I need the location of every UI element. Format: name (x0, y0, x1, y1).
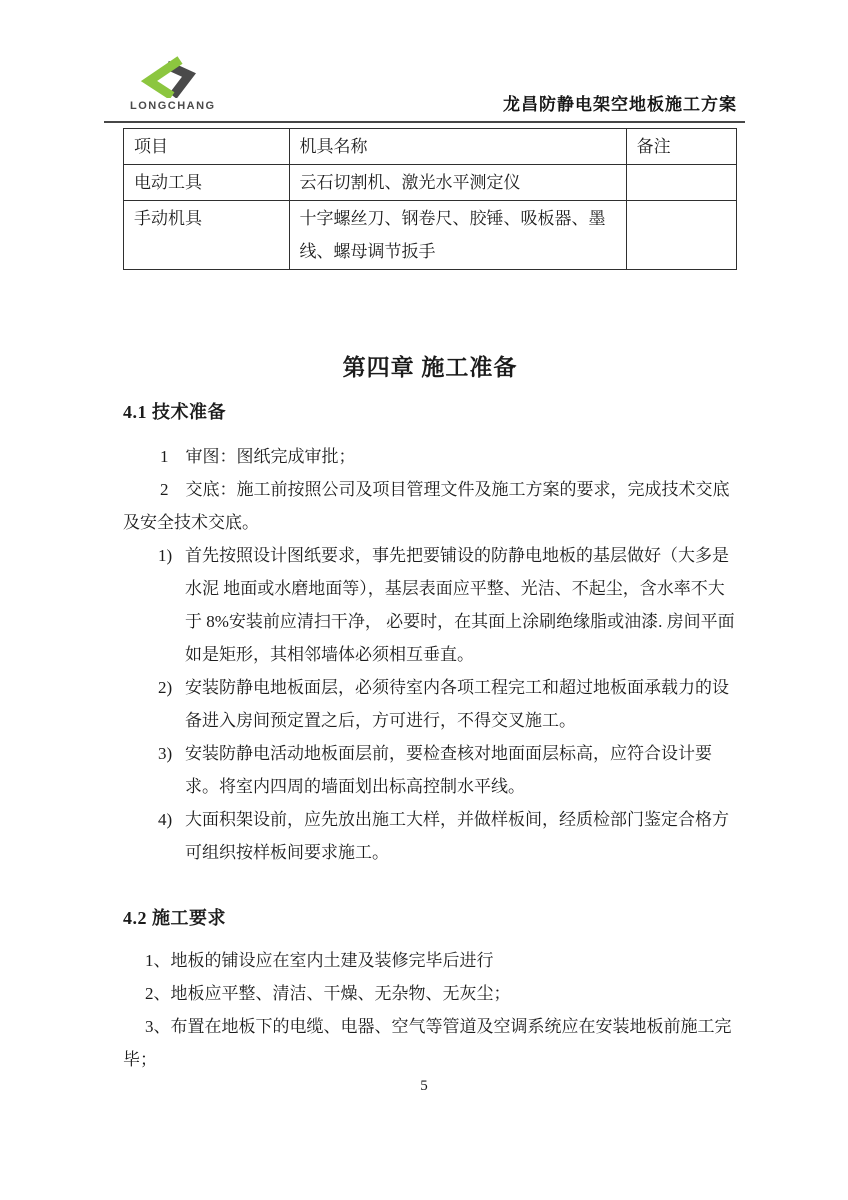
col-header-note: 备注 (626, 129, 736, 165)
item-marker: 1) (158, 539, 185, 572)
cell-tools: 云石切割机、激光水平测定仪 (289, 165, 626, 201)
header-rule (104, 121, 745, 123)
equipment-table: 项目 机具名称 备注 电动工具 云石切割机、激光水平测定仪 手动机具 十字螺丝刀… (123, 128, 737, 270)
cell-tools: 十字螺丝刀、钢卷尺、胶锤、吸板器、墨线、螺母调节扳手 (289, 201, 626, 270)
document-title-header: 龙昌防静电架空地板施工方案 (503, 90, 737, 115)
chapter-title: 第四章 施工准备 (123, 353, 737, 383)
item-text: 大面积架设前，应先放出施工大样，并做样板间，经质检部门鉴定合格方可组织按样板间要… (185, 810, 729, 862)
content-column: 项目 机具名称 备注 电动工具 云石切割机、激光水平测定仪 手动机具 十字螺丝刀… (123, 128, 737, 1076)
col-header-tools: 机具名称 (289, 129, 626, 165)
item-marker: 2) (158, 671, 185, 704)
section-4-1-heading: 4.1 技术准备 (123, 400, 737, 425)
section-4-2-heading: 4.2 施工要求 (123, 906, 737, 931)
cell-note (626, 201, 736, 270)
numbered-item-4: 4)大面积架设前，应先放出施工大样，并做样板间，经质检部门鉴定合格方可组织按样板… (123, 803, 737, 869)
document-page: LONGCHANG 龙昌防静电架空地板施工方案 项目 机具名称 备注 电动工具 … (0, 0, 848, 1200)
longchang-logo: LONGCHANG (130, 56, 240, 112)
numbered-item-2: 2)安装防静电地板面层，必须待室内各项工程完工和超过地板面承载力的设备进入房间预… (123, 671, 737, 737)
table-header-row: 项目 机具名称 备注 (124, 129, 737, 165)
requirement-item-3: 3、布置在地板下的电缆、电器、空气等管道及空调系统应在安装地板前施工完毕； (123, 1010, 737, 1076)
item-text: 首先按照设计图纸要求，事先把要铺设的防静电地板的基层做好（大多是水泥 地面或水磨… (185, 546, 735, 664)
cell-note (626, 165, 736, 201)
item-marker: 3) (158, 737, 185, 770)
item-marker: 4) (158, 803, 185, 836)
numbered-item-1: 1)首先按照设计图纸要求，事先把要铺设的防静电地板的基层做好（大多是水泥 地面或… (123, 539, 737, 671)
table-row: 手动机具 十字螺丝刀、钢卷尺、胶锤、吸板器、墨线、螺母调节扳手 (124, 201, 737, 270)
table-row: 电动工具 云石切割机、激光水平测定仪 (124, 165, 737, 201)
numbered-item-3: 3)安装防静电活动地板面层前，要检查核对地面面层标高，应符合设计要求。将室内四周… (123, 737, 737, 803)
col-header-item: 项目 (124, 129, 290, 165)
cell-item: 手动机具 (124, 201, 290, 270)
cell-item: 电动工具 (124, 165, 290, 201)
page-number: 5 (0, 1078, 848, 1095)
requirement-item-1: 1、地板的铺设应在室内土建及装修完毕后进行 (123, 944, 737, 977)
logo-chevron-icon (138, 56, 202, 98)
logo-wordmark: LONGCHANG (130, 100, 240, 112)
item-text: 安装防静电地板面层，必须待室内各项工程完工和超过地板面承载力的设备进入房间预定置… (185, 678, 729, 730)
paragraph-disclosure: 2 交底：施工前按照公司及项目管理文件及施工方案的要求，完成技术交底及安全技术交… (123, 473, 737, 539)
item-text: 安装防静电活动地板面层前，要检查核对地面面层标高，应符合设计要求。将室内四周的墙… (185, 744, 712, 796)
requirement-item-2: 2、地板应平整、清洁、干燥、无杂物、无灰尘； (123, 977, 737, 1010)
paragraph-review: 1 审图：图纸完成审批； (123, 440, 737, 473)
